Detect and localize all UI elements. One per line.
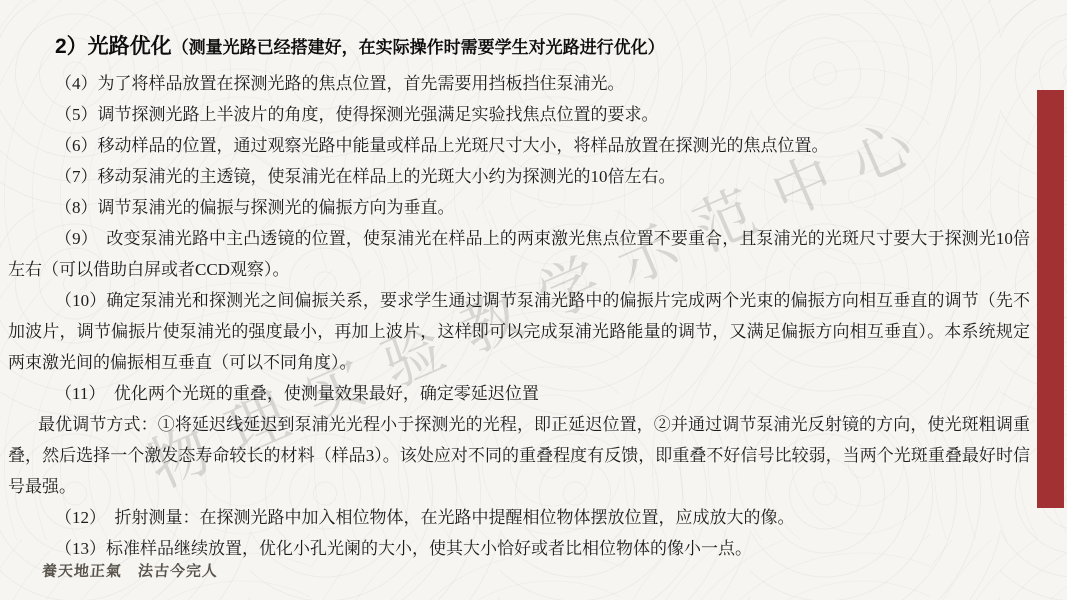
paragraph: （7）移动泵浦光的主透镜，使泵浦光在样品上的光斑大小约为探测光的10倍左右。 [8,161,1030,192]
page-title-paren: （测量光路已经搭建好，在实际操作时需要学生对光路进行优化） [172,38,665,57]
paragraph: （12） 折射测量：在探测光路中加入相位物体，在光路中提醒相位物体摆放位置，应成… [8,502,1030,533]
paragraph: （10）确定泵浦光和探测光之间偏振关系，要求学生通过调节泵浦光路中的偏振片完成两… [8,285,1030,378]
calligraphy-motto: 養天地正氣 法古今完人 [41,560,218,581]
paragraph: （9） 改变泵浦光路中主凸透镜的位置，使泵浦光在样品上的两束激光焦点位置不要重合… [8,223,1030,285]
content-paragraphs: （4）为了将样品放置在探测光路的焦点位置，首先需要用挡板挡住泵浦光。（5）调节探… [8,68,1030,564]
paragraph: 最优调节方式：①将延迟线延迟到泵浦光光程小于探测光的光程，即正延迟位置，②并通过… [8,409,1030,502]
page-title-main: 2）光路优化 [55,35,172,58]
paragraph: （11） 优化两个光斑的重叠，使测量效果最好，确定零延迟位置 [8,378,1030,409]
slide-background: 物理实验教学示范中心 2）光路优化（测量光路已经搭建好，在实际操作时需要学生对光… [0,0,1067,600]
paragraph: （5）调节探测光路上半波片的角度，使得探测光强满足实验找焦点位置的要求。 [8,99,1030,130]
paragraph: （8）调节泵浦光的偏振与探测光的偏振方向为垂直。 [8,192,1030,223]
right-accent-bar [1037,90,1064,508]
slide-content: 2）光路优化（测量光路已经搭建好，在实际操作时需要学生对光路进行优化） （4）为… [8,0,1030,564]
page-title: 2）光路优化（测量光路已经搭建好，在实际操作时需要学生对光路进行优化） [55,30,1030,60]
paragraph: （4）为了将样品放置在探测光路的焦点位置，首先需要用挡板挡住泵浦光。 [8,68,1030,99]
paragraph: （6）移动样品的位置，通过观察光路中能量或样品上光斑尺寸大小，将样品放置在探测光… [8,130,1030,161]
